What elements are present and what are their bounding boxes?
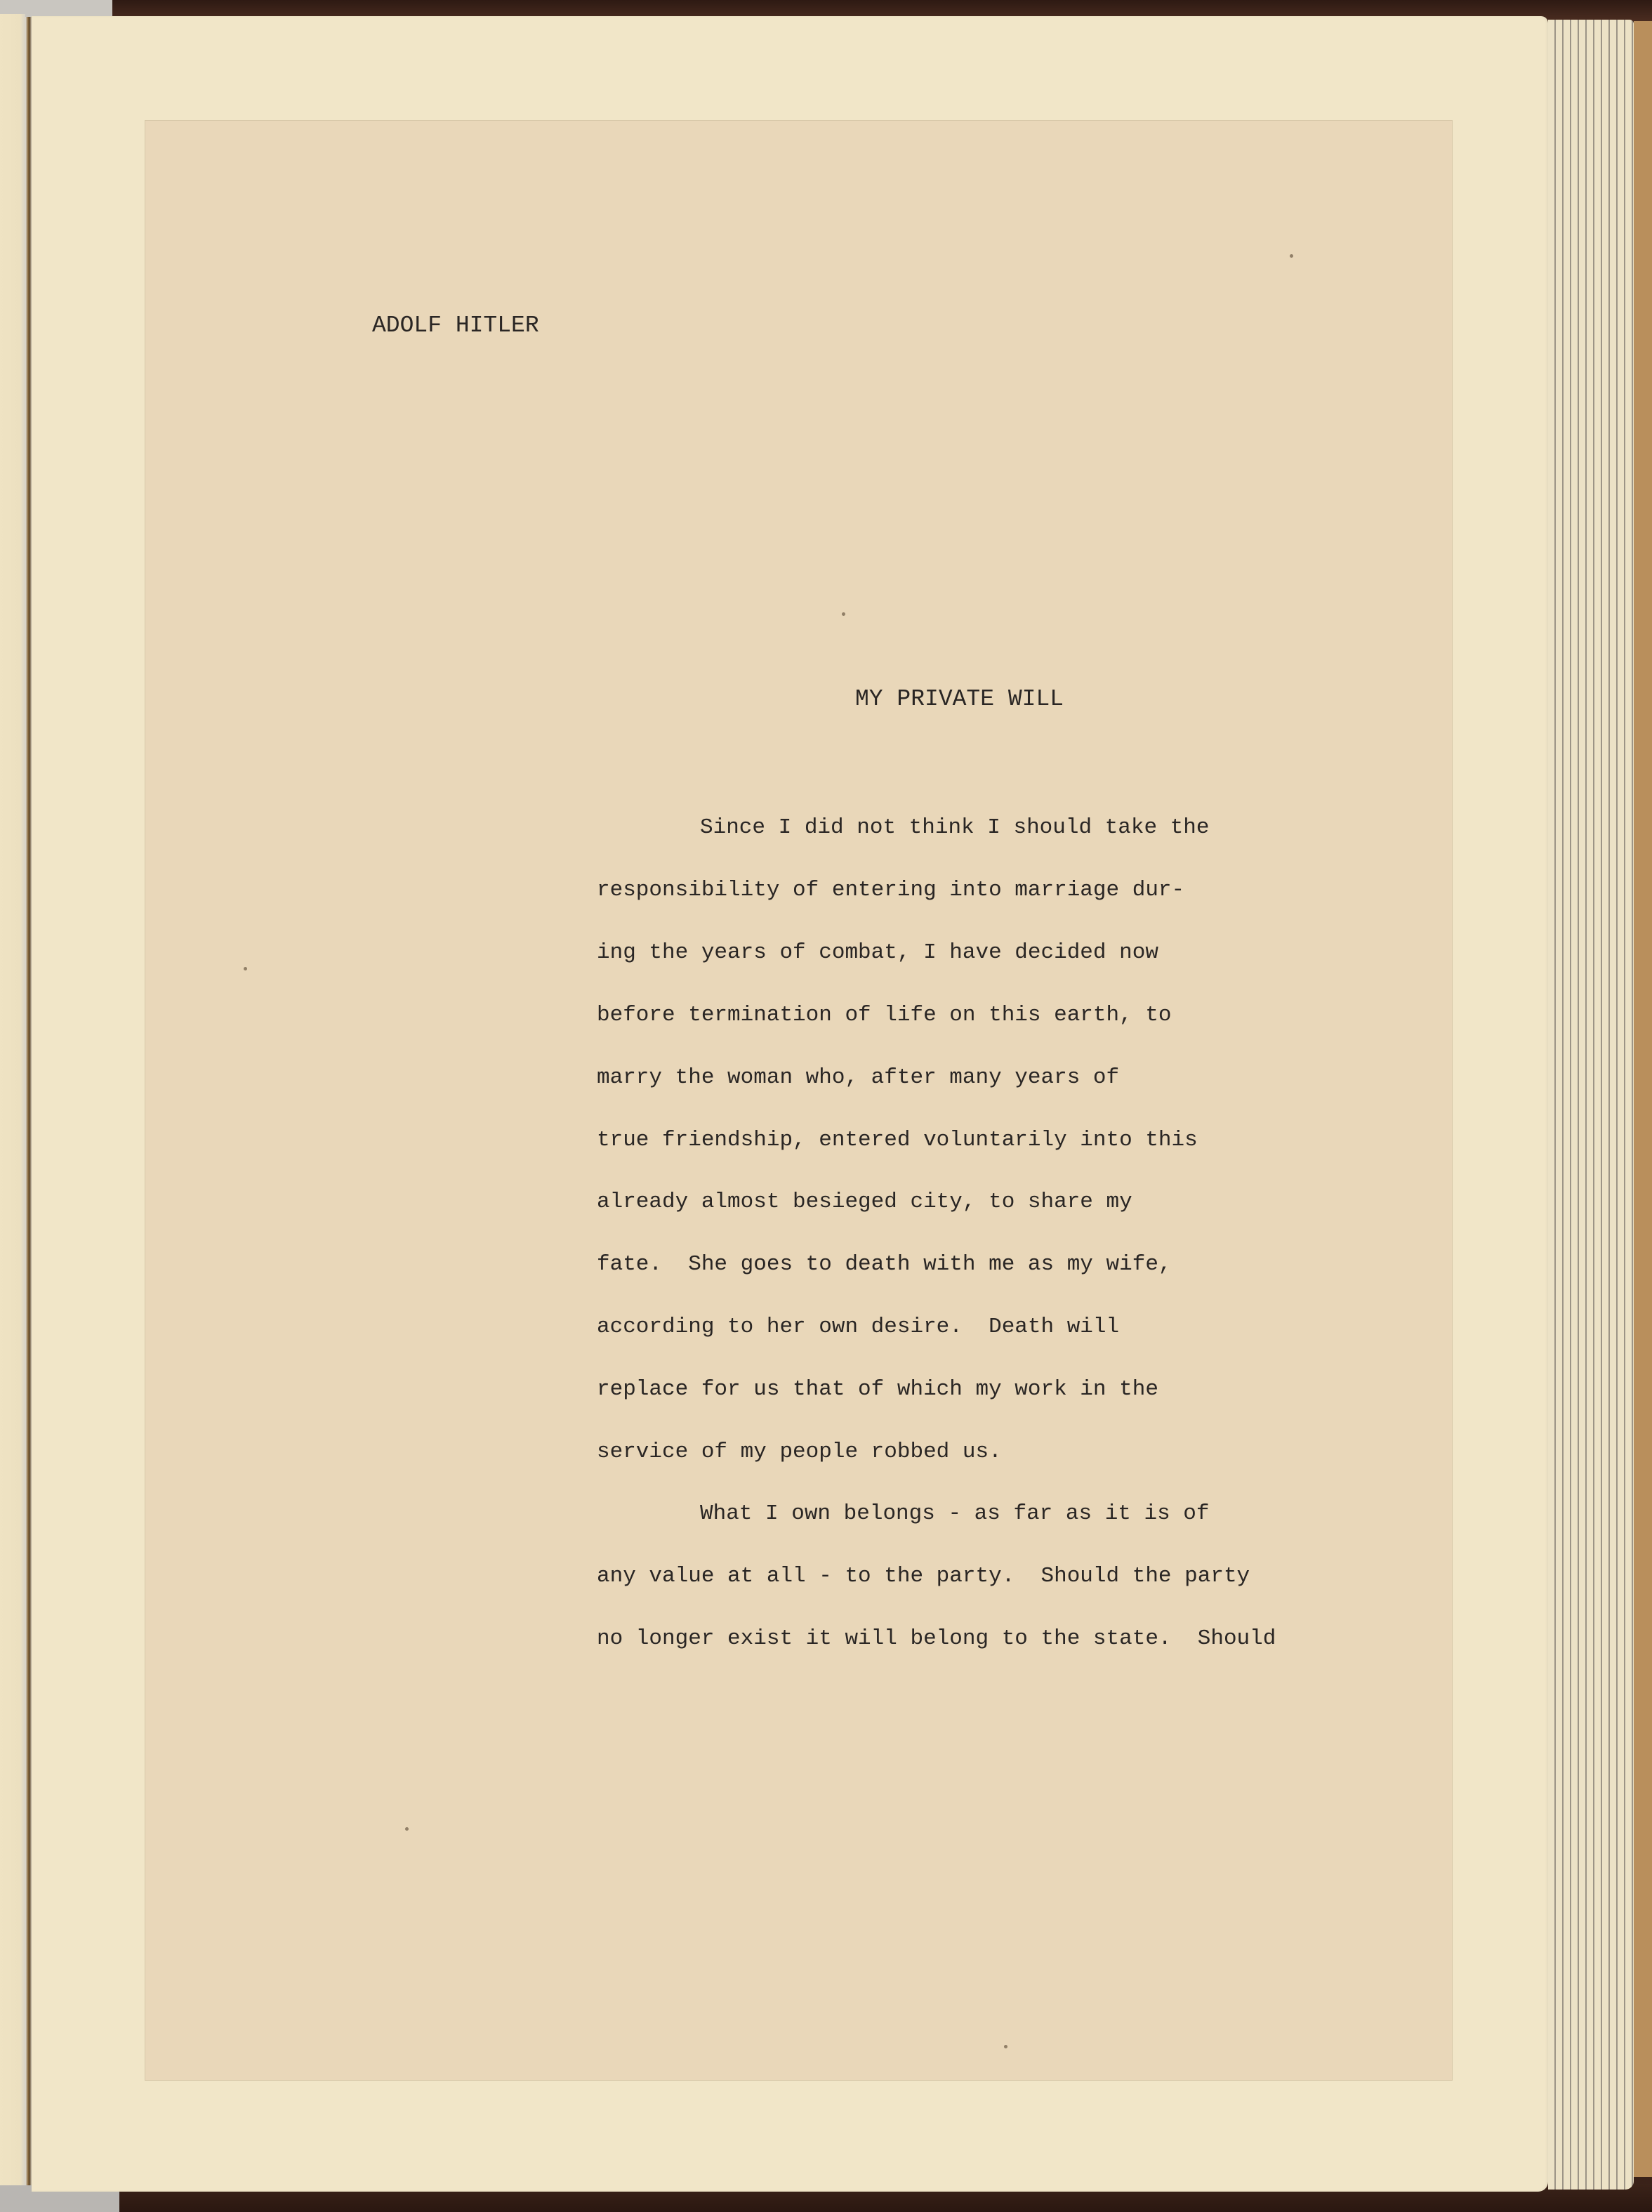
page-stack-edges	[1548, 20, 1634, 2190]
author-header: ADOLF HITLER	[372, 314, 539, 337]
document-title: MY PRIVATE WILL	[855, 687, 1064, 711]
text-line: marry the woman who, after many years of	[597, 1067, 1119, 1088]
paper-speck	[244, 967, 247, 970]
text-line: responsibility of entering into marriage…	[597, 879, 1184, 901]
text-line: What I own belongs - as far as it is of	[700, 1503, 1210, 1525]
text-line: replace for us that of which my work in …	[597, 1378, 1158, 1400]
paper-speck	[1290, 254, 1293, 258]
text-line: no longer exist it will belong to the st…	[597, 1628, 1276, 1650]
text-line: already almost besieged city, to share m…	[597, 1191, 1132, 1213]
text-line: service of my people robbed us.	[597, 1441, 1002, 1463]
paper-speck	[842, 612, 845, 616]
text-line: according to her own desire. Death will	[597, 1316, 1119, 1338]
text-line: before termination of life on this earth…	[597, 1004, 1172, 1026]
paper-speck	[405, 1827, 409, 1831]
paper-speck	[1004, 2045, 1007, 2048]
typed-document-sheet	[145, 121, 1452, 2080]
text-line: ing the years of combat, I have decided …	[597, 942, 1158, 963]
text-line: fate. She goes to death with me as my wi…	[597, 1253, 1172, 1275]
text-line: any value at all - to the party. Should …	[597, 1565, 1250, 1587]
back-cover-edge	[1634, 21, 1652, 2177]
text-line: true friendship, entered voluntarily int…	[597, 1129, 1198, 1151]
text-line: Since I did not think I should take the	[700, 817, 1210, 838]
left-page-edge	[0, 14, 25, 2185]
